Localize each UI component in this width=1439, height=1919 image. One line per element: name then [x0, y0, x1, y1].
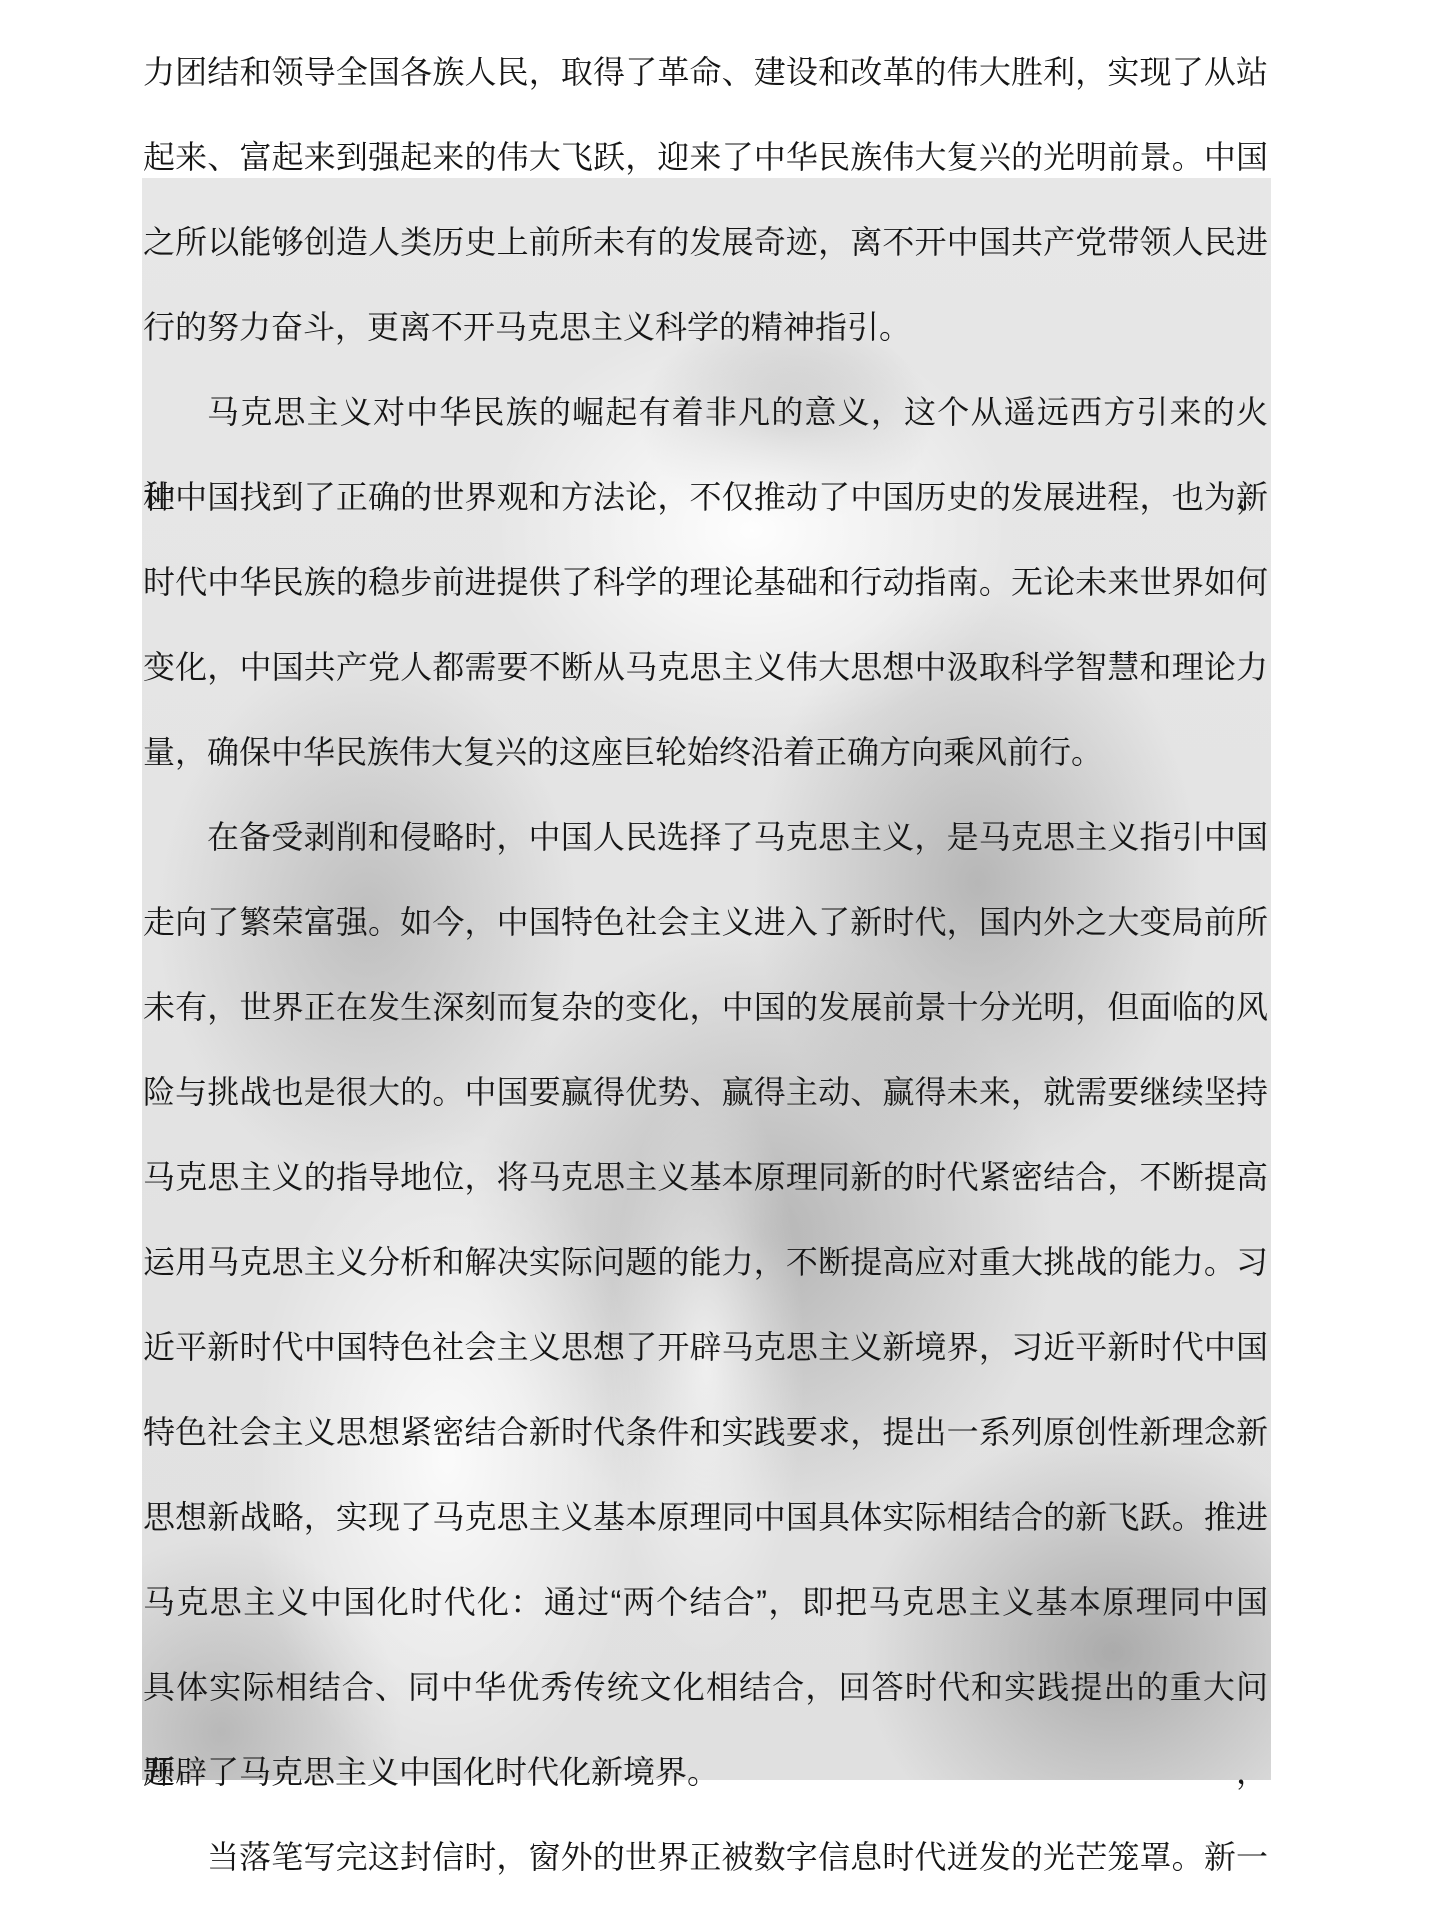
text-line-3: 之所以能够创造人类历史上前所未有的发展奇迹，离不开中国共产党带领人民进 [143, 200, 1268, 285]
text-line-6: 让中国找到了正确的世界观和方法论，不仅推动了中国历史的发展进程，也为新 [143, 455, 1268, 540]
document-body: 力团结和领导全国各族人民，取得了革命、建设和改革的伟大胜利，实现了从站起来、富起… [143, 30, 1268, 1900]
text-line-2: 起来、富起来到强起来的伟大飞跃，迎来了中华民族伟大复兴的光明前景。中国 [143, 115, 1268, 200]
text-line-12: 未有，世界正在发生深刻而复杂的变化，中国的发展前景十分光明，但面临的风 [143, 965, 1268, 1050]
text-line-16: 近平新时代中国特色社会主义思想了开辟马克思主义新境界，习近平新时代中国 [143, 1305, 1268, 1390]
text-line-22: 当落笔写完这封信时，窗外的世界正被数字信息时代迸发的光芒笼罩。新一 [143, 1815, 1268, 1900]
text-line-7: 时代中华民族的稳步前进提供了科学的理论基础和行动指南。无论未来世界如何 [143, 540, 1268, 625]
text-line-5: 马克思主义对中华民族的崛起有着非凡的意义，这个从遥远西方引来的火种， [143, 370, 1268, 455]
text-line-17: 特色社会主义思想紧密结合新时代条件和实践要求，提出一系列原创性新理念新 [143, 1390, 1268, 1475]
text-line-14: 马克思主义的指导地位，将马克思主义基本原理同新的时代紧密结合，不断提高 [143, 1135, 1268, 1220]
text-line-1: 力团结和领导全国各族人民，取得了革命、建设和改革的伟大胜利，实现了从站 [143, 30, 1268, 115]
text-line-10: 在备受剥削和侵略时，中国人民选择了马克思主义，是马克思主义指引中国 [143, 795, 1268, 880]
text-line-9: 量，确保中华民族伟大复兴的这座巨轮始终沿着正确方向乘风前行。 [143, 710, 1268, 795]
text-line-18: 思想新战略，实现了马克思主义基本原理同中国具体实际相结合的新飞跃。推进 [143, 1475, 1268, 1560]
text-line-4: 行的努力奋斗，更离不开马克思主义科学的精神指引。 [143, 285, 1268, 370]
text-line-13: 险与挑战也是很大的。中国要赢得优势、赢得主动、赢得未来，就需要继续坚持 [143, 1050, 1268, 1135]
text-line-20: 具体实际相结合、同中华优秀传统文化相结合，回答时代和实践提出的重大问题， [143, 1645, 1268, 1730]
text-line-8: 变化，中国共产党人都需要不断从马克思主义伟大思想中汲取科学智慧和理论力 [143, 625, 1268, 710]
text-line-11: 走向了繁荣富强。如今，中国特色社会主义进入了新时代，国内外之大变局前所 [143, 880, 1268, 965]
text-line-15: 运用马克思主义分析和解决实际问题的能力，不断提高应对重大挑战的能力。习 [143, 1220, 1268, 1305]
text-line-19: 马克思主义中国化时代化：通过“两个结合”，即把马克思主义基本原理同中国 [143, 1560, 1268, 1645]
document-page: 力团结和领导全国各族人民，取得了革命、建设和改革的伟大胜利，实现了从站起来、富起… [0, 0, 1439, 1919]
